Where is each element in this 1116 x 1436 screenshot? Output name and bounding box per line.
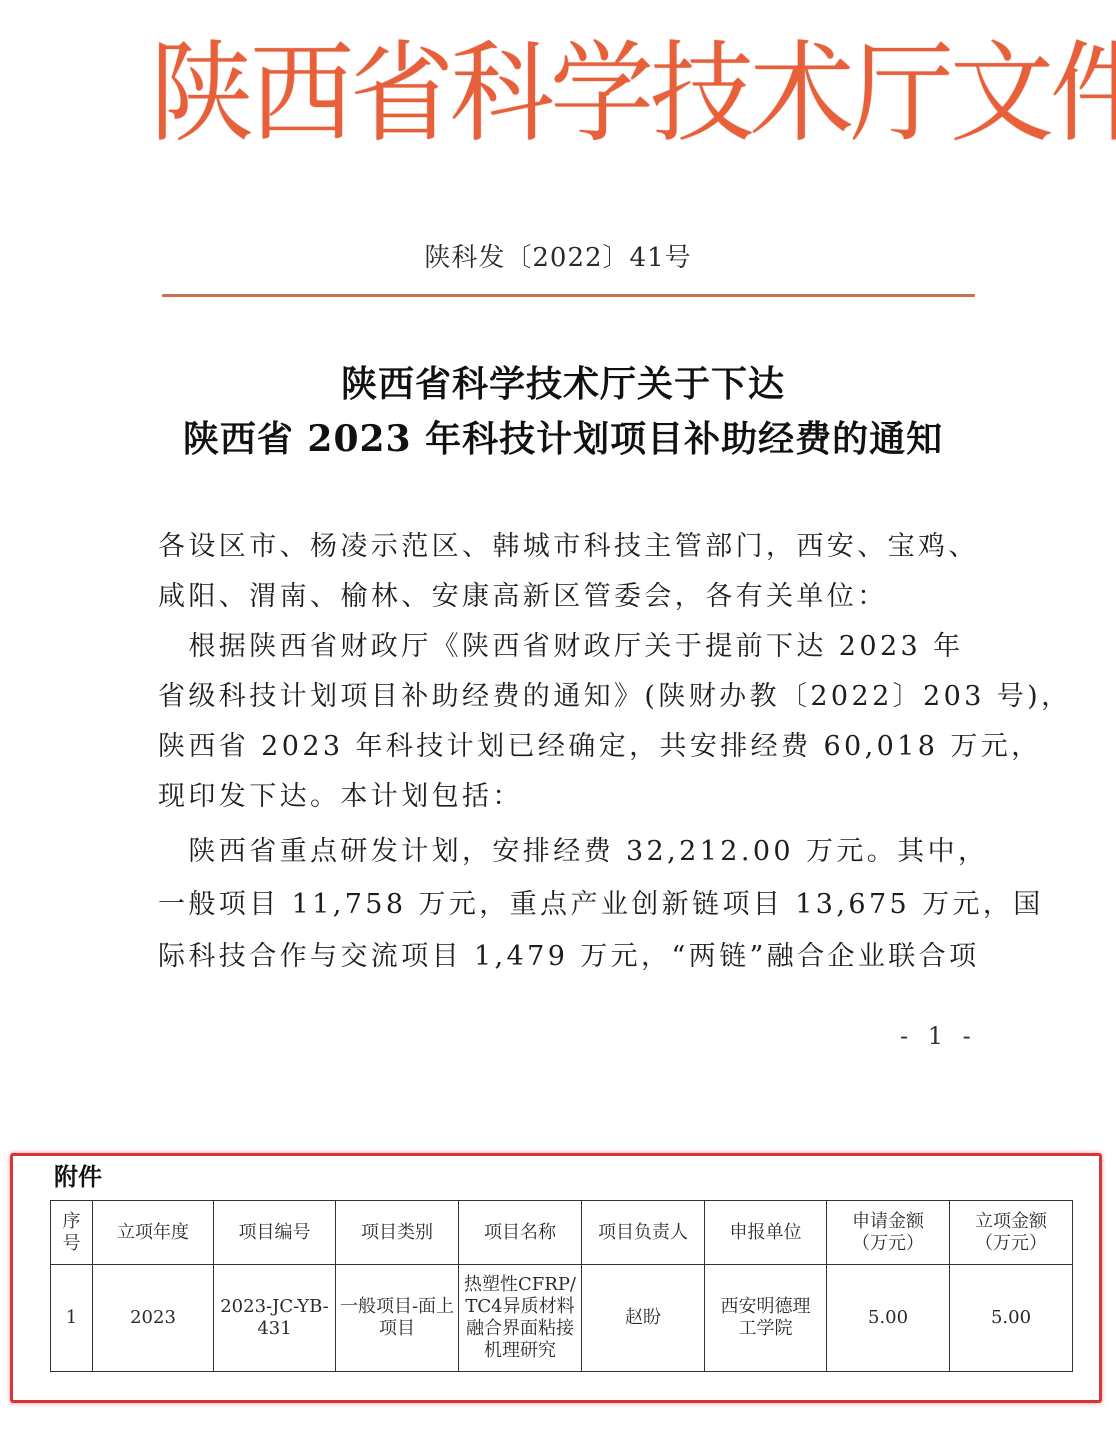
header-approved-amount: 立项金额（万元）: [950, 1201, 1073, 1265]
cell-project-name: 热塑性CFRP/TC4异质材料融合界面粘接机理研究: [459, 1265, 582, 1372]
table-header-row: 序号 立项年度 项目编号 项目类别 项目名称 项目负责人 申报单位 申请金额（万…: [51, 1201, 1073, 1265]
page-number: - 1 -: [900, 1018, 977, 1054]
document-number: 陕科发〔2022〕41号: [0, 238, 1116, 278]
body-line: 一般项目 11,758 万元，重点产业创新链项目 13,675 万元，国: [158, 885, 1044, 925]
cell-project-code: 2023-JC-YB-431: [214, 1265, 336, 1372]
table-row: 1 2023 2023-JC-YB-431 一般项目-面上项目 热塑性CFRP/…: [51, 1265, 1073, 1372]
cell-approved-amount: 5.00: [950, 1265, 1073, 1372]
attachment-label: 附件: [54, 1160, 102, 1194]
body-line: 各设区市、杨凌示范区、韩城市科技主管部门，西安、宝鸡、: [158, 527, 979, 567]
cell-applicant-unit: 西安明德理工学院: [705, 1265, 827, 1372]
cell-seq: 1: [51, 1265, 93, 1372]
body-line: 际科技合作与交流项目 1,479 万元，“两链”融合企业联合项: [158, 937, 979, 977]
header-project-code: 项目编号: [214, 1201, 336, 1265]
header-year: 立项年度: [93, 1201, 214, 1265]
attachment-table: 序号 立项年度 项目编号 项目类别 项目名称 项目负责人 申报单位 申请金额（万…: [50, 1200, 1073, 1372]
header-requested-amount: 申请金额（万元）: [827, 1201, 950, 1265]
masthead-divider: [162, 294, 975, 297]
cell-category: 一般项目-面上项目: [336, 1265, 459, 1372]
cell-requested-amount: 5.00: [827, 1265, 950, 1372]
header-applicant-unit: 申报单位: [705, 1201, 827, 1265]
cell-year: 2023: [93, 1265, 214, 1372]
body-line: 现印发下达。本计划包括：: [158, 777, 523, 817]
header-project-name: 项目名称: [459, 1201, 582, 1265]
body-line: 根据陕西省财政厅《陕西省财政厅关于提前下达 2023 年: [158, 627, 963, 667]
notice-title-line-1: 陕西省科学技术厅关于下达: [5, 360, 1116, 408]
body-line: 陕西省重点研发计划，安排经费 32,212.00 万元。其中，: [158, 832, 988, 872]
body-line: 咸阳、渭南、榆林、安康高新区管委会，各有关单位：: [158, 577, 888, 617]
masthead-title: 陕西省科学技术厅文件: [150, 25, 990, 162]
header-seq: 序号: [51, 1201, 93, 1265]
header-leader: 项目负责人: [582, 1201, 705, 1265]
body-line: 省级科技计划项目补助经费的通知》(陕财办教〔2022〕203 号)，: [158, 677, 1072, 717]
body-line: 陕西省 2023 年科技计划已经确定，共安排经费 60,018 万元，: [158, 727, 1042, 767]
header-category: 项目类别: [336, 1201, 459, 1265]
notice-title-line-2: 陕西省 2023 年科技计划项目补助经费的通知: [5, 415, 1116, 463]
cell-leader: 赵盼: [582, 1265, 705, 1372]
